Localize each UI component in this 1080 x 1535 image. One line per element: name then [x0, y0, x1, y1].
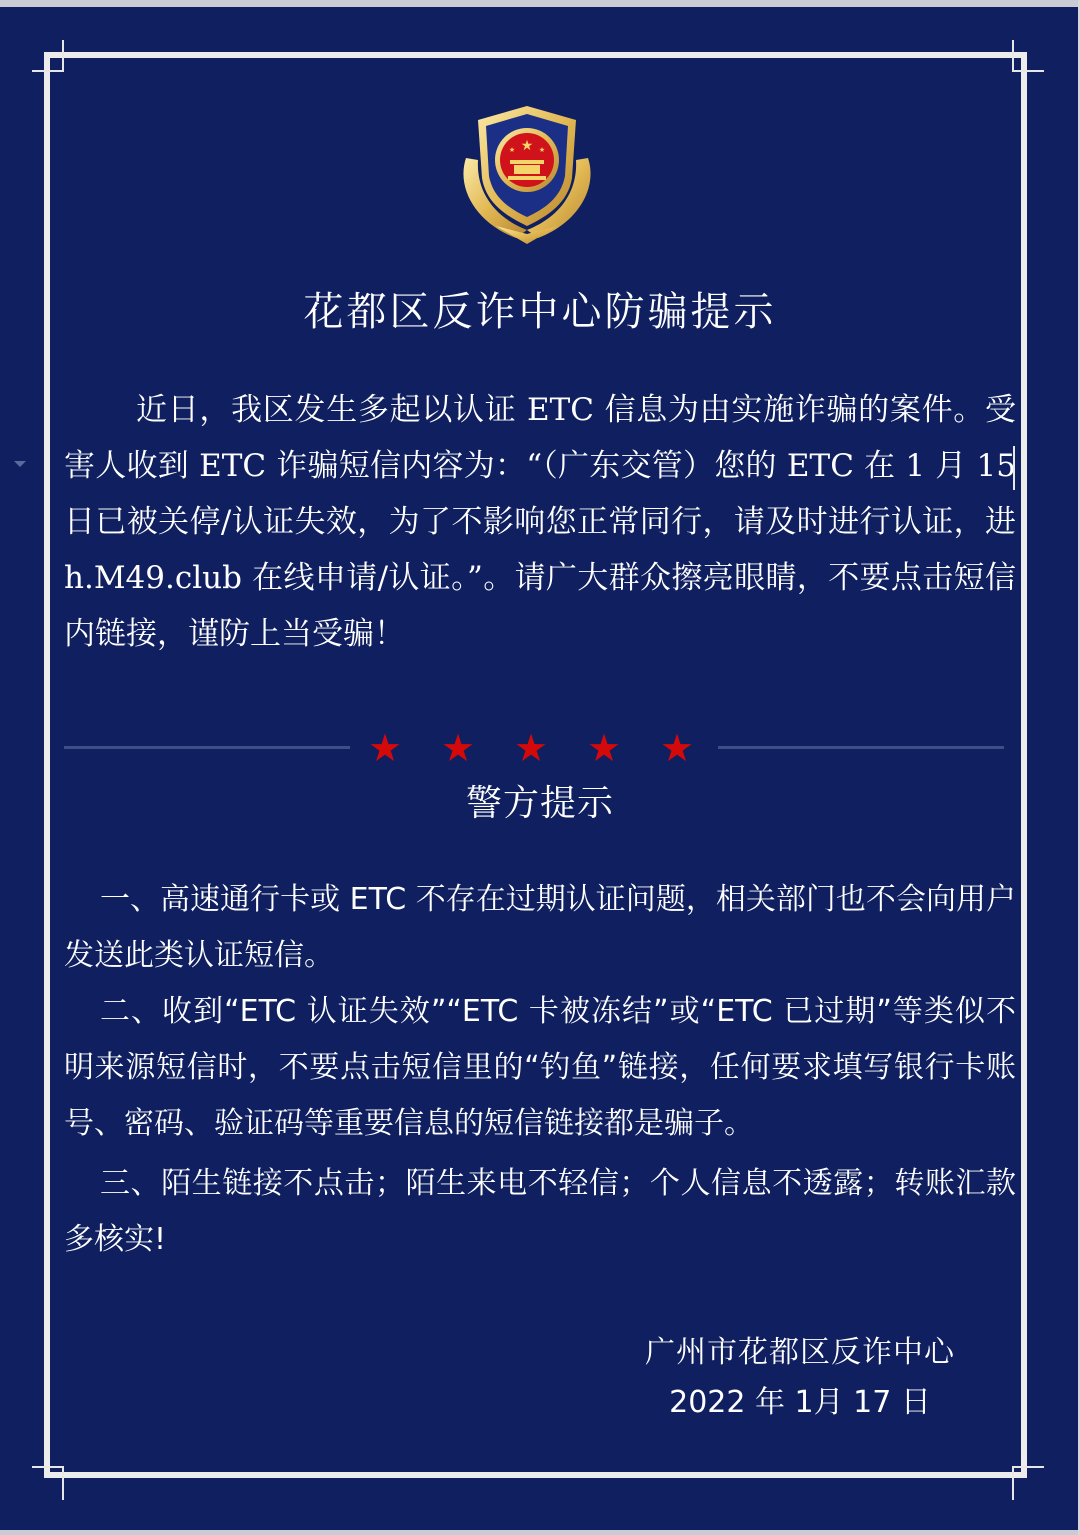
signature-organization: 广州市花都区反诈中心: [600, 1328, 1000, 1378]
star-icon: ★: [587, 726, 621, 770]
star-icon: ★: [368, 726, 402, 770]
crop-mark-br-v: [1012, 1466, 1014, 1500]
window-bottom-edge: [0, 1530, 1080, 1535]
crop-mark-br-h: [1012, 1466, 1044, 1468]
intro-paragraph: 近日，我区发生多起以认证 ETC 信息为由实施诈骗的案件。受害人收到 ETC 诈…: [64, 382, 1016, 662]
tip-item-2: 二、收到“ETC 认证失效”“ETC 卡被冻结”或“ETC 已过期”等类似不明来…: [64, 984, 1016, 1152]
star-icon: ★: [441, 726, 475, 770]
star-icon: ★: [660, 726, 694, 770]
divider-line-right: [718, 746, 1004, 749]
star-icon: ★: [514, 726, 548, 770]
text-cursor: [1013, 446, 1015, 490]
section-title: 警方提示: [0, 778, 1080, 830]
crop-mark-tr-v: [1012, 40, 1014, 72]
star-divider: ★ ★ ★ ★ ★: [360, 726, 700, 770]
signature-date: 2022 年 1月 17 日: [600, 1378, 1000, 1428]
crop-mark-tr-h: [1012, 70, 1044, 72]
crop-mark-bl-h: [32, 1466, 64, 1468]
police-emblem-icon: ★ ★ ★: [456, 98, 598, 246]
ruler-marker-icon[interactable]: [14, 461, 26, 467]
crop-mark-tl-h: [32, 70, 64, 72]
window-top-edge: [0, 0, 1080, 7]
svg-text:★: ★: [539, 146, 545, 154]
divider-line-left: [64, 746, 350, 749]
svg-text:★: ★: [509, 146, 515, 154]
tip-item-1: 一、高速通行卡或 ETC 不存在过期认证问题，相关部门也不会向用户发送此类认证短…: [64, 872, 1016, 984]
svg-text:★: ★: [521, 138, 534, 154]
crop-mark-tl-v: [62, 40, 64, 72]
tip-item-3: 三、陌生链接不点击；陌生来电不轻信；个人信息不透露；转账汇款多核实!: [64, 1156, 1016, 1268]
crop-mark-bl-v: [62, 1466, 64, 1500]
document-title: 花都区反诈中心防骗提示: [0, 284, 1080, 340]
